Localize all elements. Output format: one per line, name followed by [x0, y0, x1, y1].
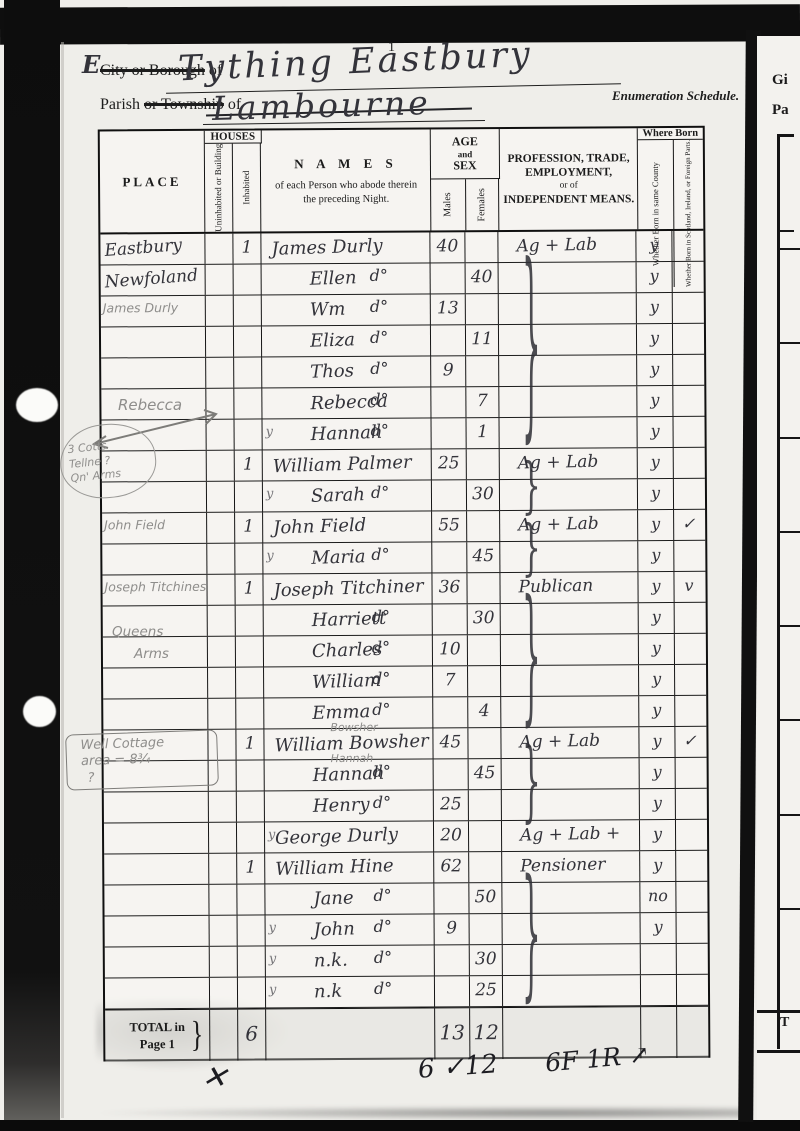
female-age-cell — [468, 728, 501, 758]
census-scan-page: { "scan": { "page_number": "1", "corner_… — [0, 0, 800, 1131]
table-row: Thos d° 9 y — [101, 355, 704, 390]
female-age-cell: 50 — [469, 883, 502, 913]
female-age-cell: 30 — [470, 945, 503, 975]
check-tick: y — [269, 982, 276, 997]
place-cell — [104, 885, 209, 916]
table-row: Jane d° 50 no — [104, 882, 707, 917]
profession-cell — [499, 293, 637, 324]
header-inhabited: Inhabited — [233, 143, 262, 231]
inhabited-cell — [237, 822, 265, 852]
header-uninhabited: Uninhabited or Building — [205, 144, 234, 232]
male-age: 36 — [432, 573, 466, 602]
born-foreign-cell — [677, 913, 706, 943]
next-page-rule — [780, 814, 800, 816]
person-name: William Hine — [275, 851, 394, 884]
uninhabited-cell — [207, 451, 235, 481]
female-age-cell — [467, 449, 500, 479]
inhabited-cell: 1 — [235, 450, 263, 480]
place-cell: Eastbury — [100, 234, 205, 265]
born-county-cell: y — [637, 293, 673, 323]
name-cell: William Palmer — [263, 449, 432, 480]
table-row: y n.k. d° 30 — [105, 944, 708, 979]
ditto-mark: d° — [370, 297, 388, 316]
place-cell — [104, 854, 209, 885]
inhabited-cell — [237, 884, 265, 914]
female-age: 1 — [466, 418, 498, 447]
name-cell: Jane d° — [265, 883, 434, 914]
born-county-value: y — [638, 510, 673, 538]
profession-cell — [500, 541, 638, 572]
ditto-mark: d° — [370, 359, 388, 378]
person-name: William Palmer — [272, 448, 412, 481]
ditto-mark: d° — [374, 917, 392, 936]
male-age-cell — [433, 604, 468, 634]
header-profession: PROFESSION, TRADE, EMPLOYMENT, or of IND… — [500, 128, 638, 230]
uninhabited-cell — [206, 327, 234, 357]
handwritten-tally: 6 ✓12 — [417, 1049, 499, 1084]
born-county-value: y — [636, 231, 671, 259]
female-age: 11 — [466, 325, 498, 354]
name-cell: Wm d° — [262, 294, 431, 325]
inhabited-cell — [237, 760, 265, 790]
uninhabited-cell — [207, 482, 235, 512]
table-row: Newfoland Ellen d° 40 y — [101, 262, 704, 297]
ditto-mark: d° — [371, 483, 389, 502]
ditto-mark: d° — [370, 328, 388, 347]
female-age: 30 — [467, 480, 499, 509]
born-county-cell: y — [640, 758, 676, 788]
born-county-value: y — [640, 820, 675, 848]
male-age-cell — [434, 759, 469, 789]
profession-value: Ag + Lab — [499, 448, 598, 478]
born-foreign-value: ✓ — [675, 727, 704, 755]
born-county-cell: y — [637, 355, 673, 385]
place-cell — [103, 699, 208, 730]
inhabited-cell — [234, 264, 262, 294]
person-name: Maria — [311, 542, 366, 573]
place-handwritten: Newfoland — [100, 262, 199, 297]
name-cell: James Durly — [261, 232, 430, 263]
uninhabited-cell — [209, 885, 237, 915]
total-label-cell: TOTAL in Page 1 } — [105, 1010, 210, 1062]
name-cell: John Field — [263, 511, 432, 542]
ditto-mark: d° — [372, 638, 390, 657]
inhabited-value: 1 — [236, 729, 263, 758]
place-pencil-note: Joseph Titchines — [104, 579, 206, 595]
ditto-mark: d° — [371, 545, 389, 564]
male-age: 62 — [434, 852, 468, 881]
household-brace: } — [522, 455, 536, 516]
table-row: y Sarah d° 30 y — [102, 479, 705, 514]
born-county-cell: y — [637, 417, 673, 447]
check-tick: y — [266, 548, 273, 563]
profession-cell — [500, 479, 638, 510]
born-foreign-cell — [675, 665, 704, 695]
next-page-text: Gi — [772, 72, 788, 89]
born-foreign-cell — [676, 789, 705, 819]
person-name: John — [313, 914, 355, 944]
born-county-cell: y — [639, 696, 675, 726]
male-age: 9 — [435, 914, 469, 943]
person-name: Eliza — [310, 325, 356, 355]
profession-cell — [499, 355, 637, 386]
uninhabited-cell — [206, 265, 234, 295]
male-age-cell: 62 — [434, 852, 469, 882]
born-county-cell: y — [637, 324, 673, 354]
place-pencil-note: John Field — [104, 517, 165, 532]
female-age: 7 — [466, 387, 498, 416]
enumeration-schedule-label: Enumeration Schedule. — [612, 88, 739, 104]
ditto-mark: d° — [372, 607, 390, 626]
person-name: n.k. — [313, 946, 348, 976]
name-cell: y n.k d° — [266, 976, 435, 1007]
female-age: 45 — [467, 542, 499, 571]
born-foreign-cell — [673, 417, 702, 447]
born-county-value: y — [641, 913, 676, 941]
born-foreign-cell: v — [674, 572, 703, 602]
next-page-rule — [777, 134, 794, 137]
inhabited-cell: 1 — [237, 853, 265, 883]
profession-value: Ag + Lab — [500, 510, 599, 540]
header-where-born: Where Born — [638, 128, 703, 140]
name-cell: Thos d° — [262, 356, 431, 387]
female-age-cell — [466, 356, 499, 386]
profession-cell — [499, 386, 637, 417]
household-brace: } — [522, 862, 536, 1005]
male-age: 45 — [433, 728, 467, 757]
born-county-cell: y — [637, 386, 673, 416]
person-name: Jane — [313, 883, 354, 913]
male-age-cell — [433, 697, 468, 727]
male-age: 10 — [433, 635, 467, 664]
male-age-cell: 9 — [435, 914, 470, 944]
born-foreign-cell — [673, 355, 702, 385]
next-page-rule — [777, 230, 794, 232]
next-page-total-mark: T — [780, 1015, 789, 1031]
uninhabited-cell — [207, 513, 235, 543]
born-foreign-cell — [673, 262, 702, 292]
born-county-value: y — [637, 417, 672, 445]
male-age-cell — [434, 883, 469, 913]
next-page-rule — [780, 248, 800, 250]
male-age: 25 — [432, 449, 466, 478]
female-age-cell: 11 — [466, 325, 499, 355]
person-name: Joseph Titchiner — [273, 572, 424, 606]
inhabited-cell — [238, 946, 266, 976]
table-row: y John d° 9 y — [105, 913, 708, 948]
table-row: James Durly Wm d° 13 y — [101, 293, 704, 328]
next-page-total-rule — [757, 1050, 800, 1053]
name-cell: Eliza d° — [262, 325, 431, 356]
born-county-cell: y — [636, 231, 672, 261]
next-page-rule — [780, 437, 800, 439]
born-foreign-cell: ✓ — [675, 727, 704, 757]
name-pencil-note: Hannah — [331, 752, 374, 765]
header-place: PLACE — [100, 131, 205, 233]
born-county-value: y — [640, 758, 675, 786]
name-cell: Rebecca d° — [262, 387, 431, 418]
place-handwritten: Eastbury — [100, 231, 184, 265]
inhabited-cell — [237, 791, 265, 821]
born-county-cell: y — [640, 789, 676, 819]
profession-cell: Ag + Lab — [498, 231, 636, 262]
inhabited-cell — [235, 419, 263, 449]
female-age-cell: 30 — [467, 480, 500, 510]
born-county-value: y — [640, 851, 675, 879]
ditto-mark: d° — [373, 793, 391, 812]
inhabited-cell — [236, 667, 264, 697]
born-county-value: y — [639, 603, 674, 631]
profession-cell — [499, 324, 637, 355]
female-age-cell — [468, 635, 501, 665]
scan-border-left — [4, 0, 60, 1131]
inhabited-cell: 1 — [235, 512, 263, 542]
born-county-value: y — [638, 541, 673, 569]
table-row: 1 William Hine 62 Pensioner y — [104, 851, 707, 886]
household-brace: } — [522, 240, 536, 446]
punch-hole — [23, 696, 56, 727]
place-cell — [105, 978, 210, 1009]
place-cell — [105, 947, 210, 978]
next-page-text: Pa — [772, 102, 789, 119]
male-age-cell — [435, 945, 470, 975]
name-cell: Charles d° — [264, 635, 433, 666]
inhabited-cell — [234, 357, 262, 387]
uninhabited-cell — [209, 854, 237, 884]
table-body: Eastbury 1 James Durly 40 Ag + Lab y — [100, 231, 708, 1010]
born-county-cell: y — [639, 665, 675, 695]
born-county-cell: y — [640, 820, 676, 850]
female-age-cell — [466, 294, 499, 324]
table-row: Joseph Titchines 1 Joseph Titchiner 36 P… — [102, 572, 705, 607]
scan-smear — [90, 1106, 750, 1120]
born-foreign-cell — [674, 448, 703, 478]
female-age: 50 — [469, 883, 501, 912]
male-age-cell: 9 — [431, 356, 466, 386]
pencil-note-queens-arms: Queens Arms — [112, 622, 169, 665]
parish-handwritten-value: Lambourne — [211, 83, 431, 128]
born-county-value: y — [638, 479, 673, 507]
profession-value: Ag + Lab — [501, 727, 600, 757]
inhabited-cell — [235, 481, 263, 511]
female-age: 25 — [470, 976, 502, 1005]
born-county-value: y — [639, 665, 674, 693]
female-age-cell: 30 — [468, 604, 501, 634]
ditto-mark: d° — [370, 266, 388, 285]
enumeration-table: PLACE HOUSES Uninhabited or Building Inh… — [98, 126, 711, 1062]
header-females: Females — [466, 179, 499, 230]
uninhabited-cell — [208, 637, 236, 667]
male-age-cell — [431, 387, 466, 417]
born-foreign-cell — [677, 944, 706, 974]
uninhabited-cell — [210, 947, 238, 977]
place-cell: James Durly — [101, 296, 206, 327]
next-page-rule — [780, 342, 800, 344]
uninhabited-cell — [207, 544, 235, 574]
header-where-born-group: Where Born Whether Born in same County W… — [638, 128, 704, 229]
born-county-cell: y — [639, 727, 675, 757]
male-age-cell: 10 — [433, 635, 468, 665]
born-county-value: y — [637, 293, 672, 321]
person-name: Sarah — [311, 480, 366, 511]
male-age-cell: 45 — [433, 728, 468, 758]
name-cell: Harriett d° — [264, 604, 433, 635]
inhabited-cell: 1 — [233, 233, 261, 263]
inhabited-value: 1 — [237, 853, 264, 882]
male-age-cell — [435, 976, 470, 1006]
born-county-value: no — [640, 882, 675, 910]
scan-border-bottom — [0, 1120, 800, 1131]
male-age-cell — [432, 480, 467, 510]
person-name: Henry — [312, 790, 370, 821]
male-age-cell: 55 — [432, 511, 467, 541]
handwritten-cross-mark: ✕ — [200, 1058, 230, 1096]
inhabited-value: 1 — [235, 574, 262, 603]
total-brace: } — [191, 1011, 204, 1058]
name-cell: y John d° — [266, 914, 435, 945]
check-tick: y — [266, 486, 273, 501]
male-age-cell: 25 — [434, 790, 469, 820]
born-county-cell: y — [638, 572, 674, 602]
uninhabited-cell — [209, 823, 237, 853]
female-age-cell: 45 — [467, 542, 500, 572]
born-county-cell: y — [640, 851, 676, 881]
total-inhabited-cell: 6 — [238, 1009, 266, 1060]
uninhabited-cell — [206, 358, 234, 388]
inhabited-cell — [238, 915, 266, 945]
female-age-cell — [467, 511, 500, 541]
profession-value: Ag + Lab + — [502, 819, 621, 850]
household-brace: } — [522, 737, 536, 825]
male-age: 20 — [434, 821, 468, 850]
place-cell — [103, 668, 208, 699]
male-age: 13 — [431, 294, 465, 323]
born-county-cell: y — [637, 262, 673, 292]
place-cell — [102, 544, 207, 575]
inhabited-value: 1 — [235, 450, 262, 479]
table-row: y n.k d° 25 — [105, 975, 708, 1010]
scan-border-top — [0, 4, 800, 44]
inhabited-cell — [238, 977, 266, 1007]
male-age: 40 — [430, 232, 464, 261]
born-foreign-cell: ✓ — [674, 510, 703, 540]
born-foreign-cell — [677, 975, 706, 1005]
person-name: James Durly — [271, 231, 383, 264]
born-foreign-cell — [672, 231, 701, 261]
inhabited-cell — [234, 326, 262, 356]
male-age: 9 — [431, 356, 465, 385]
born-foreign-cell — [676, 851, 705, 881]
table-row: Emma d° 4 y — [103, 696, 706, 731]
born-foreign-cell — [673, 293, 702, 323]
name-cell: Hannah d° Hannah — [265, 759, 434, 790]
female-age: 30 — [468, 604, 500, 633]
inhabited-cell — [236, 636, 264, 666]
profession-cell: Ag + Lab — [500, 448, 638, 479]
name-cell: y Hannah d° — [263, 418, 432, 449]
uninhabited-cell — [206, 296, 234, 326]
male-age: 7 — [433, 666, 467, 695]
born-county-cell: no — [640, 882, 676, 912]
header-age-sex: AGE and SEX — [431, 129, 501, 179]
next-page-rule — [780, 625, 800, 627]
male-age-cell — [431, 263, 466, 293]
ditto-mark: d° — [373, 886, 391, 905]
born-county-value: y — [637, 262, 672, 290]
inhabited-value: 1 — [235, 512, 262, 541]
parish-label: Parish — [100, 96, 140, 113]
next-page-table-edge — [777, 134, 780, 1049]
place-cell — [101, 327, 206, 358]
born-foreign-value: ✓ — [674, 510, 703, 538]
female-age-cell — [470, 914, 503, 944]
male-age-cell: 7 — [433, 666, 468, 696]
place-cell — [104, 823, 209, 854]
table-row: William d° 7 y — [103, 665, 706, 700]
inhabited-cell: 1 — [235, 574, 263, 604]
check-tick: y — [269, 951, 276, 966]
ditto-mark: d° — [374, 979, 392, 998]
born-county-value: y — [637, 386, 672, 414]
name-cell: William Hine — [265, 852, 434, 883]
ditto-mark: d° — [370, 390, 388, 409]
person-name: n.k — [314, 977, 343, 1007]
born-county-value: y — [637, 355, 672, 383]
profession-value: Ag + Lab — [498, 231, 597, 261]
person-name: George Durly — [275, 820, 399, 853]
born-county-cell: y — [638, 541, 674, 571]
female-age-cell — [467, 573, 500, 603]
born-foreign-cell — [676, 820, 705, 850]
born-foreign-cell — [675, 634, 704, 664]
name-cell: Ellen d° — [262, 263, 431, 294]
born-county-cell: y — [638, 479, 674, 509]
profession-cell — [499, 417, 637, 448]
table-row: y Maria d° 45 y — [102, 541, 705, 576]
check-tick: y — [266, 424, 273, 439]
female-age-cell — [469, 852, 502, 882]
born-county-cell: y — [638, 510, 674, 540]
born-county-value: y — [639, 634, 674, 662]
header-houses-group: HOUSES Uninhabited or Building Inhabited — [205, 130, 263, 231]
male-age-cell — [431, 325, 466, 355]
table-row: John Field 1 John Field 55 Ag + Lab y ✓ — [102, 510, 705, 545]
born-foreign-cell — [674, 541, 703, 571]
next-page-rule — [780, 908, 800, 910]
place-pencil-note: James Durly — [103, 300, 178, 315]
person-name: Ellen — [309, 263, 357, 293]
female-age-cell — [465, 232, 498, 262]
male-age-cell: 25 — [432, 449, 467, 479]
born-foreign-value: v — [674, 572, 703, 600]
person-name: John Field — [273, 511, 367, 543]
place-cell: Newfoland — [101, 265, 206, 296]
table-row: Harriett d° 30 y — [103, 603, 706, 638]
person-name: Thos — [310, 356, 355, 386]
male-age-cell — [431, 418, 466, 448]
next-page-rule — [780, 719, 800, 721]
uninhabited-cell — [208, 606, 236, 636]
ditto-mark: d° — [373, 762, 391, 781]
born-county-cell: y — [639, 603, 675, 633]
household-brace: } — [522, 582, 536, 729]
inhabited-cell — [234, 295, 262, 325]
profession-cell: Ag + Lab — [500, 510, 638, 541]
uninhabited-cell — [210, 978, 238, 1008]
female-age-cell: 7 — [466, 387, 499, 417]
header-males: Males — [431, 179, 466, 230]
place-cell: Joseph Titchines — [102, 575, 207, 606]
